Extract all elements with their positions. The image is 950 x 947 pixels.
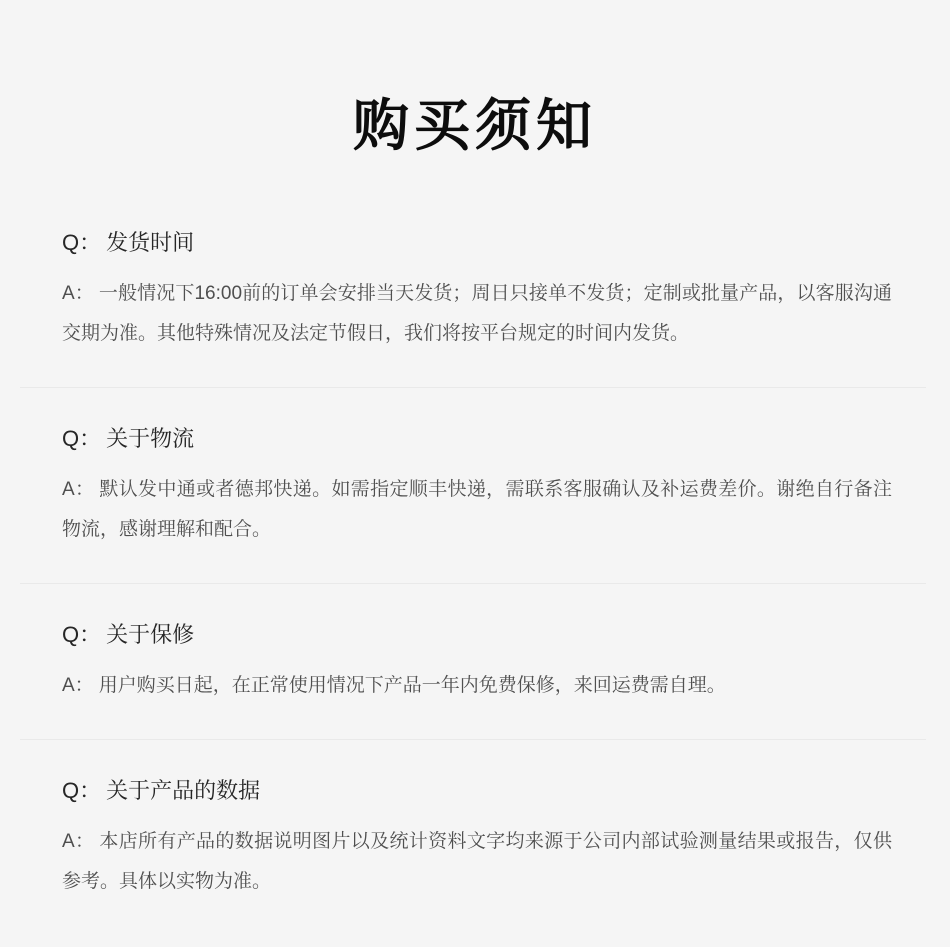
purchase-notes-page: 购买须知 Q：发货时间 A：一般情况下16:00前的订单会安排当天发货；周日只接… bbox=[0, 0, 950, 947]
answer-prefix: A： bbox=[62, 831, 94, 852]
question-prefix: Q： bbox=[62, 230, 101, 255]
answer-text: 用户购买日起，在正常使用情况下产品一年内免费保修，来回运费需自理。 bbox=[99, 675, 726, 696]
answer-text: 一般情况下16:00前的订单会安排当天发货；周日只接单不发货；定制或批量产品，以… bbox=[62, 283, 892, 344]
faq-item-warranty: Q：关于保修 A：用户购买日起，在正常使用情况下产品一年内免费保修，来回运费需自… bbox=[0, 584, 950, 739]
faq-item-shipping-time: Q：发货时间 A：一般情况下16:00前的订单会安排当天发货；周日只接单不发货；… bbox=[0, 192, 950, 387]
answer-text: 默认发中通或者德邦快递。如需指定顺丰快递，需联系客服确认及补运费差价。谢绝自行备… bbox=[62, 479, 892, 540]
faq-item-logistics: Q：关于物流 A：默认发中通或者德邦快递。如需指定顺丰快递，需联系客服确认及补运… bbox=[0, 388, 950, 583]
question-text: 关于物流 bbox=[106, 426, 194, 451]
faq-answer: A：默认发中通或者德邦快递。如需指定顺丰快递，需联系客服确认及补运费差价。谢绝自… bbox=[62, 470, 892, 550]
faq-answer: A：一般情况下16:00前的订单会安排当天发货；周日只接单不发货；定制或批量产品… bbox=[62, 274, 892, 354]
faq-answer: A：本店所有产品的数据说明图片以及统计资料文字均来源于公司内部试验测量结果或报告… bbox=[62, 822, 892, 902]
faq-question: Q：关于保修 bbox=[62, 618, 892, 652]
faq-question: Q：关于产品的数据 bbox=[62, 774, 892, 808]
answer-prefix: A： bbox=[62, 283, 94, 304]
question-prefix: Q： bbox=[62, 778, 101, 803]
faq-question: Q：发货时间 bbox=[62, 226, 892, 260]
question-text: 关于保修 bbox=[106, 622, 194, 647]
faq-item-product-data: Q：关于产品的数据 A：本店所有产品的数据说明图片以及统计资料文字均来源于公司内… bbox=[0, 740, 950, 935]
question-prefix: Q： bbox=[62, 622, 101, 647]
faq-answer: A：用户购买日起，在正常使用情况下产品一年内免费保修，来回运费需自理。 bbox=[62, 666, 892, 706]
answer-text: 本店所有产品的数据说明图片以及统计资料文字均来源于公司内部试验测量结果或报告，仅… bbox=[62, 831, 892, 892]
page-title: 购买须知 bbox=[0, 0, 950, 159]
answer-prefix: A： bbox=[62, 675, 94, 696]
question-text: 发货时间 bbox=[106, 230, 194, 255]
answer-prefix: A： bbox=[62, 479, 94, 500]
faq-question: Q：关于物流 bbox=[62, 422, 892, 456]
question-text: 关于产品的数据 bbox=[106, 778, 260, 803]
question-prefix: Q： bbox=[62, 426, 101, 451]
